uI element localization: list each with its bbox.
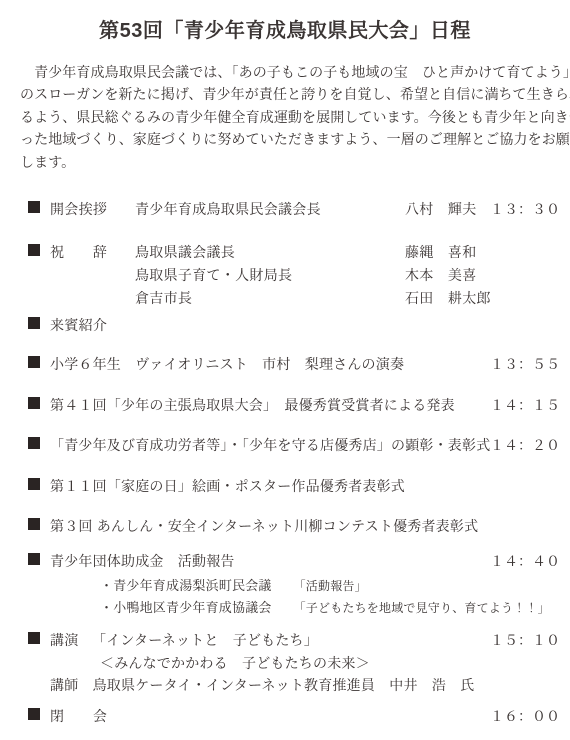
- schedule-row-lecture: 講演 「インターネットと 子どもたち」 １５：１０: [0, 630, 570, 648]
- row-text: 第４１回「少年の主張鳥取県大会」 最優秀賞受賞者による発表: [50, 395, 455, 415]
- row-person: 八村 輝夫: [405, 199, 477, 219]
- lecture-subtitle-row: ＜みんなでかかわる 子どもたちの未来＞: [0, 653, 570, 671]
- black-square-bullet-icon: [28, 201, 40, 213]
- lecture-lecturer: 講師 鳥取県ケータイ・インターネット教育推進員 中井 浩 氏: [50, 675, 474, 695]
- row-role: 鳥取県議会議長: [135, 242, 235, 262]
- document-page: 第53回「青少年育成鳥取県民大会」日程 青少年育成鳥取県民会議では、「あの子もこ…: [0, 0, 570, 740]
- intro-line: った地域づくり、家庭づくりに努めていただきますよう、一層のご理解とご協力をお願い: [20, 128, 560, 150]
- lecture-subtitle: ＜みんなでかかわる 子どもたちの未来＞: [100, 653, 370, 673]
- row-role: 青少年育成鳥取県民会議会長: [135, 199, 321, 219]
- grants-sub-row: ・青少年育成湯梨浜町民会議 「活動報告」: [100, 575, 367, 594]
- intro-line: します。: [20, 151, 560, 173]
- row-text: 小学６年生 ヴァイオリニスト 市村 梨理さんの演奏: [50, 354, 404, 374]
- row-person: 木本 美喜: [405, 265, 477, 285]
- row-time: １３：５５: [490, 354, 560, 374]
- schedule-row-greetings-2: 鳥取県子育て・人財局長 木本 美喜: [0, 265, 570, 283]
- schedule-row-guests: 来賓紹介: [0, 315, 570, 333]
- row-label: 閉 会: [50, 706, 107, 726]
- intro-line: のスローガンを新たに掲げ、青少年が責任と誇りを自覚し、希望と自信に満ちて生きられ: [20, 83, 560, 105]
- row-person: 石田 耕太郎: [405, 288, 491, 308]
- row-time: １５：１０: [490, 630, 560, 650]
- black-square-bullet-icon: [28, 632, 40, 644]
- schedule-row-opening: 開会挨拶 青少年育成鳥取県民会議会長 八村 輝夫 １３：３０: [0, 199, 570, 217]
- row-text: 青少年団体助成金 活動報告: [50, 551, 235, 571]
- grants-sub-org: ・青少年育成湯梨浜町民会議: [100, 575, 272, 594]
- row-label: 祝 辞: [50, 242, 107, 262]
- black-square-bullet-icon: [28, 708, 40, 720]
- intro-line: るよう、県民総ぐるみの青少年健全育成運動を展開しています。今後とも青少年と向き合: [20, 106, 560, 128]
- black-square-bullet-icon: [28, 397, 40, 409]
- row-time: １４：４０: [490, 551, 560, 571]
- intro-line: 青少年育成鳥取県民会議では、「あの子もこの子も地域の宝 ひと声かけて育てよう」: [20, 61, 560, 83]
- row-label: 講演: [50, 630, 79, 650]
- row-time: １３：３０: [490, 199, 560, 219]
- page-title: 第53回「青少年育成鳥取県民大会」日程: [0, 14, 570, 43]
- black-square-bullet-icon: [28, 478, 40, 490]
- schedule-row-poster: 第１１回「家庭の日」絵画・ポスター作品優秀者表彰式: [0, 476, 570, 494]
- row-time: １６：００: [490, 706, 560, 726]
- row-text: 「青少年及び育成功労者等」・「少年を守る店優秀店」の顕彰・表彰式: [50, 435, 490, 455]
- row-label: 来賓紹介: [50, 315, 107, 335]
- schedule-row-senryu: 第３回 あんしん・安全インターネット川柳コンテスト優秀者表彰式: [0, 516, 570, 534]
- black-square-bullet-icon: [28, 244, 40, 256]
- row-text: 第３回 あんしん・安全インターネット川柳コンテスト優秀者表彰式: [50, 516, 478, 536]
- row-text: 第１１回「家庭の日」絵画・ポスター作品優秀者表彰式: [50, 476, 405, 496]
- intro-paragraph: 青少年育成鳥取県民会議では、「あの子もこの子も地域の宝 ひと声かけて育てよう」 …: [20, 61, 560, 173]
- black-square-bullet-icon: [28, 518, 40, 530]
- row-person: 藤縄 喜和: [405, 242, 477, 262]
- row-time: １４：２０: [490, 435, 560, 455]
- black-square-bullet-icon: [28, 437, 40, 449]
- grants-sub-row: ・小鴨地区青少年育成協議会 「子どもたちを地域で見守り、育てよう！！」: [100, 597, 550, 616]
- lecture-lecturer-row: 講師 鳥取県ケータイ・インターネット教育推進員 中井 浩 氏: [0, 675, 570, 693]
- row-role: 鳥取県子育て・人財局長: [135, 265, 292, 285]
- row-time: １４：１５: [490, 395, 560, 415]
- schedule-row-speech: 第４１回「少年の主張鳥取県大会」 最優秀賞受賞者による発表 １４：１５: [0, 395, 570, 413]
- black-square-bullet-icon: [28, 356, 40, 368]
- schedule-row-commendation: 「青少年及び育成功労者等」・「少年を守る店優秀店」の顕彰・表彰式 １４：２０: [0, 435, 570, 453]
- grants-sub-org: ・小鴨地区青少年育成協議会: [100, 597, 272, 616]
- row-role: 倉吉市長: [135, 288, 192, 308]
- grants-sub-quote: 「子どもたちを地域で見守り、育てよう！！」: [294, 599, 550, 616]
- schedule-row-greetings-3: 倉吉市長 石田 耕太郎: [0, 288, 570, 306]
- black-square-bullet-icon: [28, 553, 40, 565]
- lecture-title: 「インターネットと 子どもたち」: [92, 630, 318, 650]
- black-square-bullet-icon: [28, 317, 40, 329]
- row-label: 開会挨拶: [50, 199, 107, 219]
- schedule-row-closing: 閉 会 １６：００: [0, 706, 570, 724]
- schedule-row-grants: 青少年団体助成金 活動報告 １４：４０: [0, 551, 570, 569]
- schedule-row-greetings: 祝 辞 鳥取県議会議長 藤縄 喜和: [0, 242, 570, 260]
- grants-sub-quote: 「活動報告」: [294, 577, 367, 594]
- schedule-row-violin: 小学６年生 ヴァイオリニスト 市村 梨理さんの演奏 １３：５５: [0, 354, 570, 372]
